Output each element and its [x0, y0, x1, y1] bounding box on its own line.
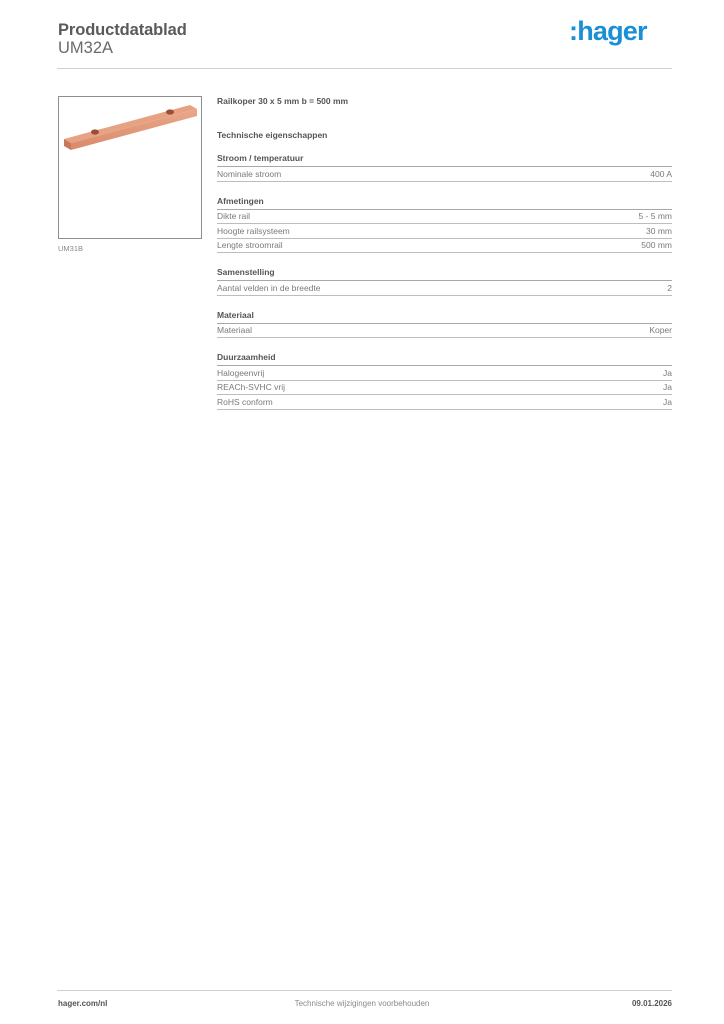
spec-label: Nominale stroom	[217, 169, 281, 179]
copper-busbar-icon	[59, 97, 201, 238]
hager-logo: :hager	[569, 16, 647, 47]
spec-group-materiaal: Materiaal Materiaal Koper	[217, 310, 672, 339]
product-title: Railkoper 30 x 5 mm b = 500 mm	[217, 96, 672, 107]
spec-row: Aantal velden in de breedte 2	[217, 281, 672, 296]
spec-label: Dikte rail	[217, 211, 250, 221]
spec-content: Railkoper 30 x 5 mm b = 500 mm Technisch…	[217, 96, 672, 410]
section-heading: Technische eigenschappen	[217, 130, 672, 142]
spec-label: Halogeenvrij	[217, 368, 264, 378]
spec-row: RoHS conform Ja	[217, 395, 672, 410]
footer-date: 09.01.2026	[632, 999, 672, 1008]
group-title: Afmetingen	[217, 196, 672, 210]
spec-value: 2	[667, 283, 672, 293]
spec-row: Hoogte railsysteem 30 mm	[217, 224, 672, 239]
spec-label: RoHS conform	[217, 397, 273, 407]
spec-value: 500 mm	[641, 240, 672, 250]
image-caption: UM31B	[58, 244, 83, 253]
group-title: Duurzaamheid	[217, 352, 672, 366]
spec-row: REACh-SVHC vrij Ja	[217, 381, 672, 396]
spec-value: Koper	[649, 325, 672, 335]
spec-value: 400 A	[650, 169, 672, 179]
spec-value: 5 - 5 mm	[638, 211, 672, 221]
spec-value: 30 mm	[646, 226, 672, 236]
spec-label: Lengte stroomrail	[217, 240, 283, 250]
spec-row: Dikte rail 5 - 5 mm	[217, 210, 672, 225]
document-title: Productdatablad	[58, 21, 187, 40]
spec-value: Ja	[663, 397, 672, 407]
spec-row: Halogeenvrij Ja	[217, 366, 672, 381]
header-divider	[57, 68, 672, 69]
product-code: UM32A	[58, 39, 113, 58]
spec-row: Materiaal Koper	[217, 324, 672, 339]
spec-label: Hoogte railsysteem	[217, 226, 290, 236]
spec-row: Nominale stroom 400 A	[217, 167, 672, 182]
group-title: Materiaal	[217, 310, 672, 324]
spec-label: REACh-SVHC vrij	[217, 382, 285, 392]
spec-group-stroom: Stroom / temperatuur Nominale stroom 400…	[217, 153, 672, 182]
spec-group-afmetingen: Afmetingen Dikte rail 5 - 5 mm Hoogte ra…	[217, 196, 672, 254]
spec-group-duurzaamheid: Duurzaamheid Halogeenvrij Ja REACh-SVHC …	[217, 352, 672, 410]
product-image	[58, 96, 202, 239]
group-title: Samenstelling	[217, 267, 672, 281]
spec-value: Ja	[663, 382, 672, 392]
footer-divider	[57, 990, 672, 991]
spec-row: Lengte stroomrail 500 mm	[217, 239, 672, 254]
spec-group-samenstelling: Samenstelling Aantal velden in de breedt…	[217, 267, 672, 296]
spec-value: Ja	[663, 368, 672, 378]
spec-label: Materiaal	[217, 325, 252, 335]
footer-disclaimer: Technische wijzigingen voorbehouden	[0, 999, 724, 1008]
spec-label: Aantal velden in de breedte	[217, 283, 321, 293]
group-title: Stroom / temperatuur	[217, 153, 672, 167]
